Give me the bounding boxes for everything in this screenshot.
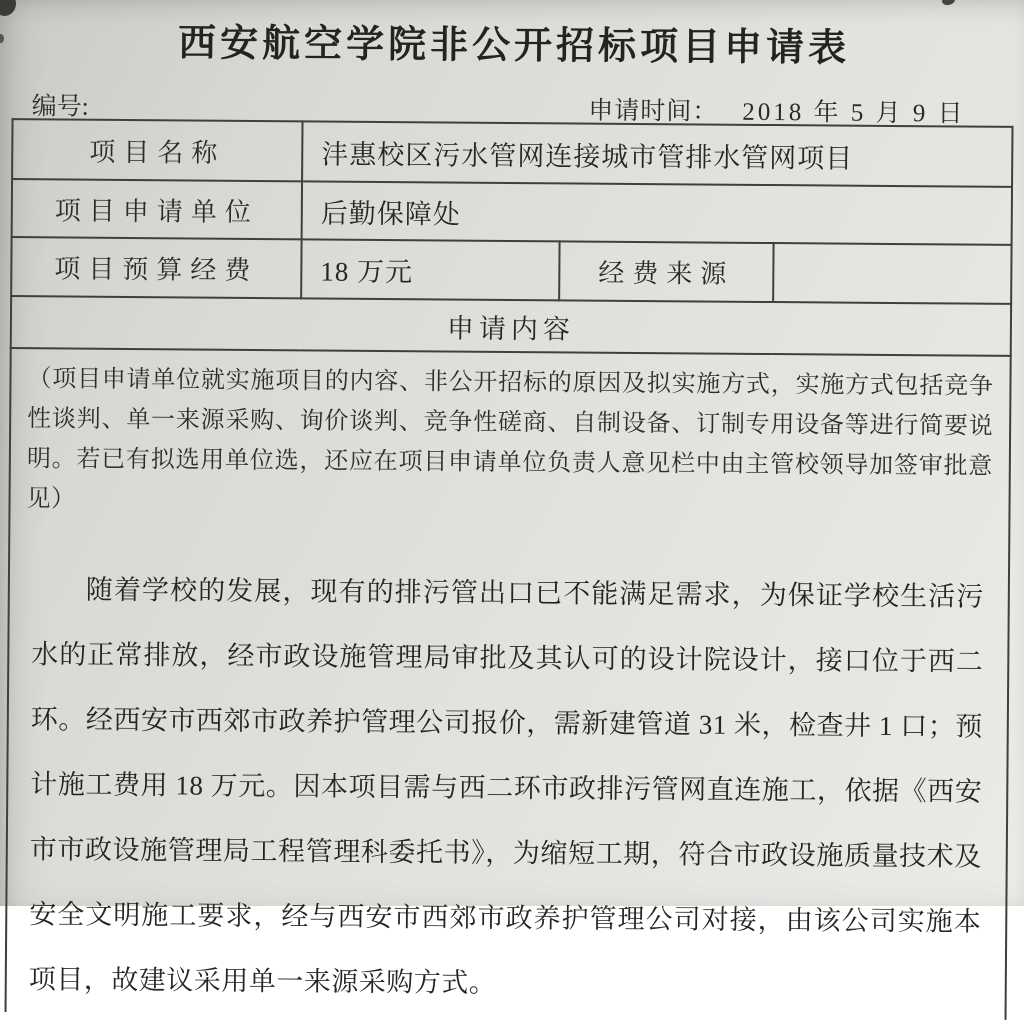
- applicant-unit-value: 后勤保障处: [302, 181, 1012, 245]
- date-label: 申请时间：: [588, 98, 718, 126]
- page-title: 西安航空学院非公开招标项目申请表: [2, 10, 1024, 73]
- application-form-table: 项目名称 沣惠校区污水管网连接城市管排水管网项目 项目申请单位 后勤保障处 项目…: [5, 118, 1014, 906]
- budget-label: 项目预算经费: [11, 237, 301, 298]
- project-name-label: 项目名称: [12, 119, 302, 181]
- table-row-budget: 项目预算经费 18 万元 经费来源: [11, 237, 1011, 304]
- table-row-section-header: 申请内容: [11, 296, 1011, 356]
- application-content-text: 随着学校的发展，现有的排污管出口已不能满足需求，为保证学校生活污水的正常排放，经…: [29, 557, 985, 906]
- table-row-project-name: 项目名称 沣惠校区污水管网连接城市管排水管网项目: [12, 119, 1012, 187]
- instruction-note: （项目申请单位就实施项目的内容、非公开招标的原因及拟实施方式，实施方式包括竞争性…: [26, 359, 993, 527]
- funding-source-label: 经费来源: [559, 241, 773, 302]
- number-label: 编号:: [32, 86, 89, 122]
- scanned-paper-sheet: 西安航空学院非公开招标项目申请表 编号: 申请时间：2018 年 5 月 9 日…: [0, 0, 1024, 906]
- table-row-applicant-unit: 项目申请单位 后勤保障处: [12, 179, 1012, 245]
- application-content-cell: （项目申请单位就实施项目的内容、非公开招标的原因及拟实施方式，实施方式包括竞争性…: [6, 348, 1011, 906]
- applicant-unit-label: 项目申请单位: [12, 179, 302, 239]
- budget-value: 18 万元: [301, 239, 559, 300]
- funding-source-value: [773, 243, 1011, 304]
- table-row-content: （项目申请单位就实施项目的内容、非公开招标的原因及拟实施方式，实施方式包括竞争性…: [6, 348, 1011, 906]
- project-name-value: 沣惠校区污水管网连接城市管排水管网项目: [302, 121, 1012, 187]
- form-document: 西安航空学院非公开招标项目申请表 编号: 申请时间：2018 年 5 月 9 日…: [0, 0, 1024, 906]
- application-content-header: 申请内容: [11, 296, 1011, 356]
